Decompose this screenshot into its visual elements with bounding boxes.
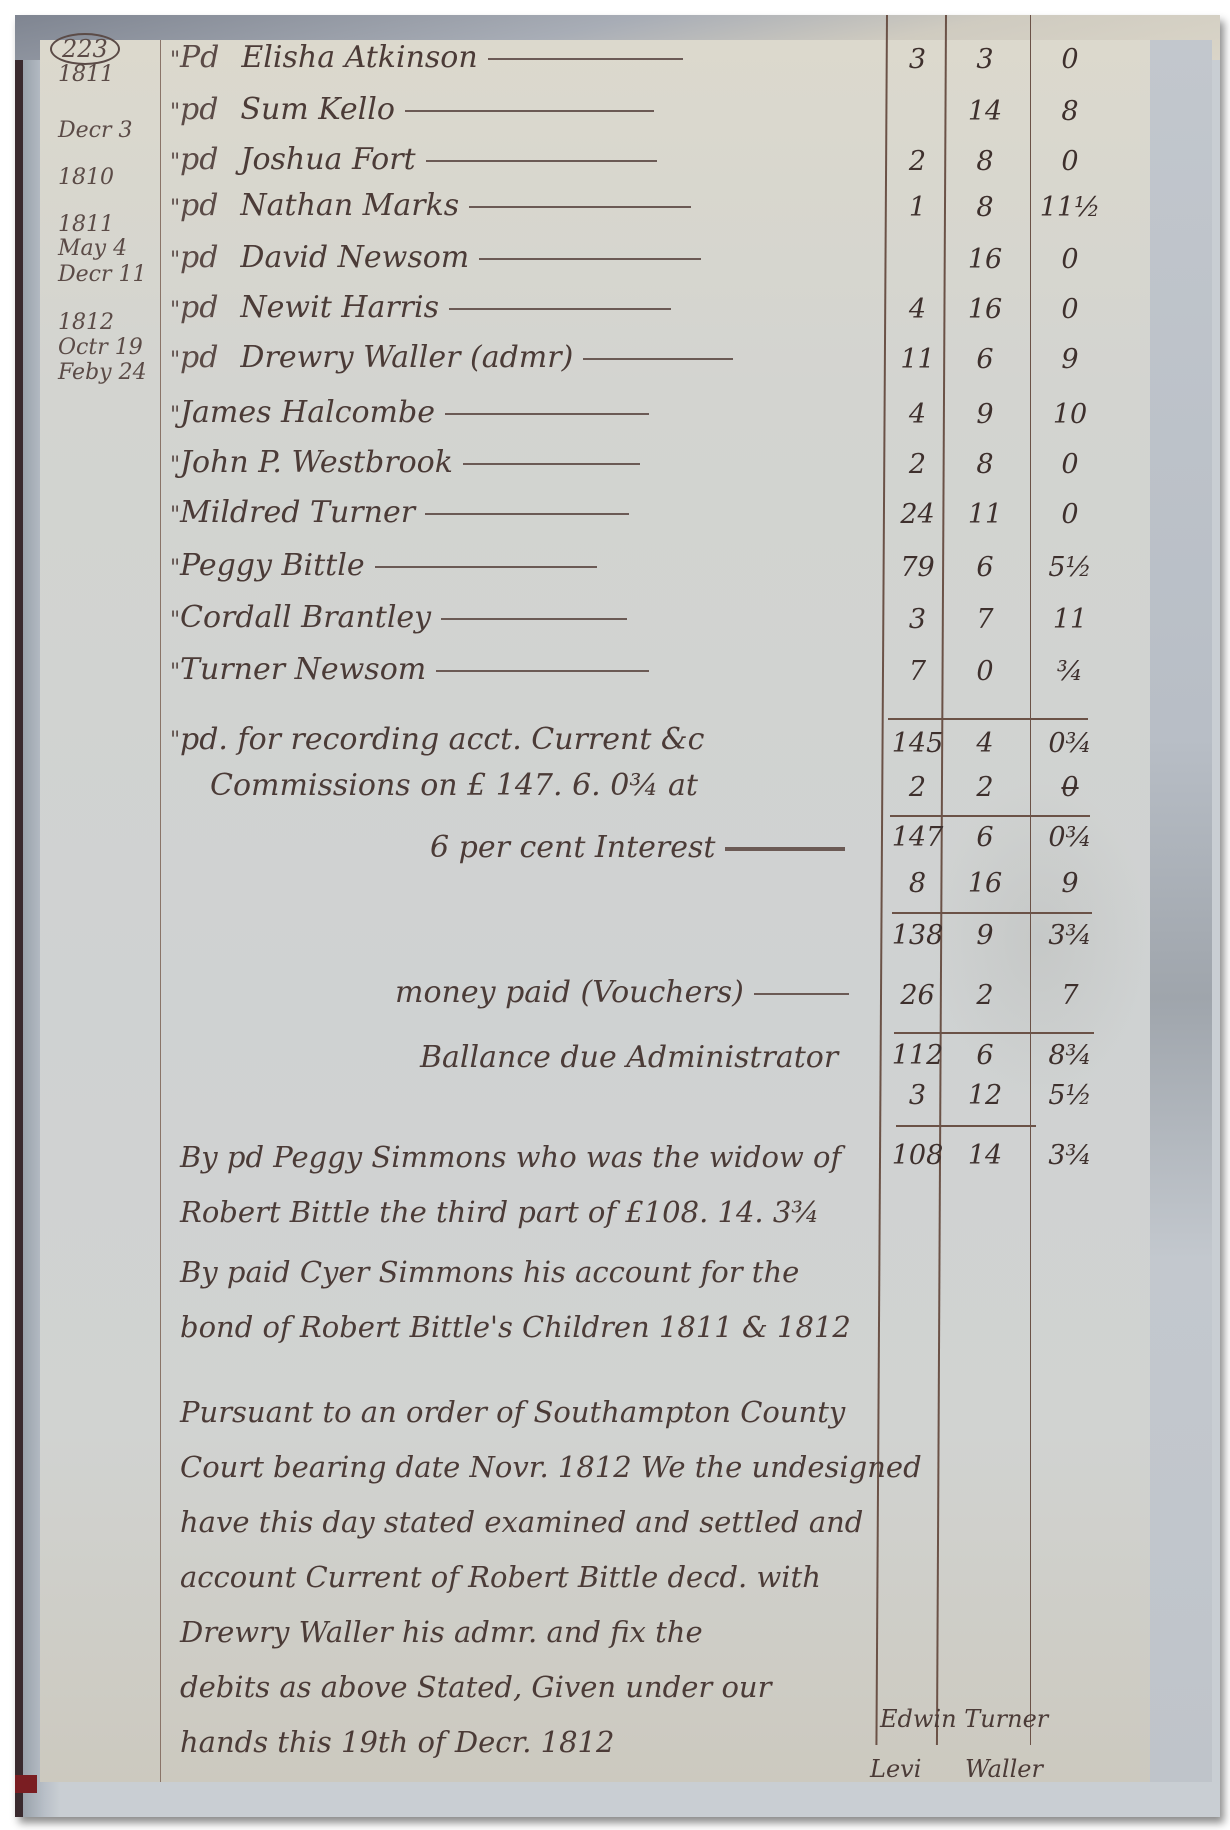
interest-text: 6 per cent Interest [430,830,715,865]
entry-pence: 11 [1030,604,1110,635]
margin-date: 1812 [58,310,114,335]
subtotal-rule [888,718,1088,720]
ledger-entry: "pdNewit Harris [180,290,671,325]
entry-name: Nathan Marks [240,188,459,223]
entry-shillings: 8 [950,146,1020,177]
commission-pounds: 2 [890,772,945,803]
entry-name: James Halcombe [180,395,435,430]
signature-2-surname: Waller [965,1755,1043,1783]
entry-pounds: 2 [890,146,945,177]
cert-line-6: debits as above Stated, Given under our [180,1670,771,1704]
entry-prefix: pd [180,92,218,127]
entry-shillings: 7 [950,604,1020,635]
leader-line [583,358,733,360]
entry-pence: ¾ [1030,656,1110,687]
entry-pence: 8 [1030,96,1110,127]
entry-shillings: 6 [950,344,1020,375]
entry-pounds: 4 [890,399,945,430]
entry-pounds: 4 [890,294,945,325]
ledger-entry: "pdJoshua Fort [180,142,657,177]
margin-date: May 4 [58,236,127,261]
signature-1: Edwin Turner [880,1705,1048,1733]
balance-line: Ballance due Administrator [420,1040,838,1075]
entry-name: Mildred Turner [180,495,415,530]
entry-name: Elisha Atkinson [241,40,477,75]
ledger-entry: "pdSum Kello [180,92,654,127]
entry-shillings: 8 [950,449,1020,480]
ledger-entry: "Mildred Turner [180,495,629,530]
net-rule [892,912,1092,914]
ledger-entry: "Cordall Brantley [180,600,627,635]
final-pounds: 108 [890,1140,945,1171]
signature-2-given: Levi [870,1755,921,1783]
entry-prefix: pd [180,290,218,325]
cert-line-1: Pursuant to an order of Southampton Coun… [180,1395,845,1429]
note-line-1: By pd Peggy Simmons who was the widow of [180,1140,841,1174]
entry-shillings: 0 [950,656,1020,687]
entry-shillings: 6 [950,552,1020,583]
extra-pence: 5½ [1030,1080,1110,1111]
entry-name: Cordall Brantley [180,600,431,635]
ditto-mark: " [170,556,180,581]
entry-prefix: pd [180,340,218,375]
recording-line: " pd. for recording acct. Current &c [180,722,704,757]
final-pence: 3¾ [1030,1140,1110,1171]
entry-pence: 0 [1030,146,1110,177]
entry-pounds: 11 [890,344,945,375]
entry-prefix: pd [180,240,218,275]
margin-date: Feby 24 [58,360,147,385]
recording-text: pd. for recording acct. Current &c [180,722,704,757]
cert-line-5: Drewry Waller his admr. and fix the [180,1615,703,1649]
entry-pounds: 2 [890,449,945,480]
net-pence: 3¾ [1030,920,1110,951]
net-shillings: 9 [950,920,1020,951]
margin-date: 1811 [58,62,114,87]
final-rule [896,1125,1036,1127]
leader-line [445,413,649,415]
entry-name: John P. Westbrook [180,445,453,480]
subtotal-pence: 0¾ [1030,728,1110,759]
entry-shillings: 8 [950,192,1020,223]
entry-pounds: 1 [890,192,945,223]
final-shillings: 14 [950,1140,1020,1171]
entry-pence: 11½ [1030,192,1110,223]
cert-line-4: account Current of Robert Bittle decd. w… [180,1560,821,1594]
ditto-mark: " [170,48,180,73]
margin-date: Octr 19 [58,335,143,360]
ditto-mark: " [170,403,180,428]
entry-name: Peggy Bittle [180,548,365,583]
interest-line: 6 per cent Interest [430,830,845,865]
binder-spine-corner [15,1775,37,1793]
sleeve-right-edge [1150,40,1212,1782]
total-rule [890,815,1090,817]
entry-pence: 9 [1030,344,1110,375]
cert-line-2: Court bearing date Novr. 1812 We the und… [180,1450,922,1484]
page-number: 223 [50,33,120,65]
money-paid-pence: 7 [1030,980,1110,1011]
total-pence: 0¾ [1030,822,1110,853]
entry-shillings: 3 [950,44,1020,75]
leader-line [405,110,654,112]
ditto-mark: " [170,453,180,478]
entry-pence: 0 [1030,294,1110,325]
entry-pence: 0 [1030,244,1110,275]
entry-shillings: 14 [950,96,1020,127]
entry-pounds: 3 [890,604,945,635]
ledger-entry: "pdDrewry Waller (admr) [180,340,733,375]
net-pounds: 138 [890,920,945,951]
ledger-entry: "PdElisha Atkinson [180,40,683,75]
margin-rule [160,40,161,1782]
cert-line-7: hands this 19th of Decr. 1812 [180,1725,614,1759]
entry-pounds: 79 [890,552,945,583]
total-pounds: 147 [890,822,945,853]
ditto-mark: " [170,608,180,633]
margin-date: Decr 3 [58,118,133,143]
margin-date: 1811 [58,212,114,237]
entry-pounds: 24 [890,499,945,530]
ditto-mark: " [170,298,180,323]
commission-pence: 0 [1030,772,1110,803]
ditto-mark: " [170,196,180,221]
leader-line [375,566,597,568]
entry-shillings: 9 [950,399,1020,430]
entry-prefix: pd [180,188,218,223]
money-paid-shillings: 2 [950,980,1020,1011]
leader-line [425,513,629,515]
ledger-entry: "John P. Westbrook [180,445,640,480]
balance-pounds: 112 [890,1040,945,1071]
entry-name: Newit Harris [240,290,439,325]
note-line-4: bond of Robert Bittle's Children 1811 & … [180,1310,851,1344]
balance-pence: 8¾ [1030,1040,1110,1071]
leader-line [449,308,671,310]
interest-pence: 9 [1030,868,1110,899]
note-line-3: By paid Cyer Simmons his account for the [180,1255,799,1289]
leader-line [463,463,640,465]
money-paid-line: money paid (Vouchers) [395,975,849,1010]
ditto-mark: " [170,660,180,685]
entry-name: Turner Newsom [180,652,426,687]
extra-shillings: 12 [950,1080,1020,1111]
margin-date: 1810 [58,165,114,190]
extra-pounds: 3 [890,1080,945,1111]
entry-shillings: 16 [950,244,1020,275]
ledger-entry: "pdDavid Newsom [180,240,701,275]
money-paid-label: money paid (Vouchers) [395,975,744,1010]
ledger-entry: "Turner Newsom [180,652,649,687]
ditto-mark: " [170,150,180,175]
leader-line [469,206,691,208]
entry-pence: 0 [1030,499,1110,530]
entry-name: Joshua Fort [240,142,415,177]
entry-prefix: pd [180,142,218,177]
entry-pence: 10 [1030,399,1110,430]
ledger-entry: "pdNathan Marks [180,188,691,223]
money-paid-pounds: 26 [890,980,945,1011]
leader-line [488,58,683,60]
note-line-2: Robert Bittle the third part of £108. 14… [180,1195,819,1229]
interest-pounds: 8 [890,868,945,899]
entry-pounds: 7 [890,656,945,687]
margin-date: Decr 11 [58,262,146,287]
entry-pence: 0 [1030,44,1110,75]
entry-shillings: 11 [950,499,1020,530]
leader-line [436,670,649,672]
ledger-entry: "Peggy Bittle [180,548,597,583]
total-shillings: 6 [950,822,1020,853]
leader-line [441,618,627,620]
commission-shillings: 2 [950,772,1020,803]
entry-name: Sum Kello [240,92,394,127]
subtotal-shillings: 4 [950,728,1020,759]
leader-line [426,160,657,162]
ditto-mark: " [170,248,180,273]
entry-shillings: 16 [950,294,1020,325]
subtotal-pounds: 145 [890,728,945,759]
cert-line-3: have this day stated examined and settle… [180,1505,863,1539]
entry-pounds: 3 [890,44,945,75]
entry-prefix: Pd [180,40,219,75]
interest-shillings: 16 [950,868,1020,899]
entry-pence: 5½ [1030,552,1110,583]
ditto-mark: " [170,348,180,373]
entry-name: David Newsom [240,240,469,275]
ditto-mark: " [170,503,180,528]
ledger-entry: "James Halcombe [180,395,649,430]
entry-name: Drewry Waller (admr) [240,340,573,375]
commission-line: Commissions on £ 147. 6. 0¾ at [210,768,698,803]
entry-pence: 0 [1030,449,1110,480]
balance-shillings: 6 [950,1040,1020,1071]
leader-line [479,258,701,260]
balance-rule [894,1032,1094,1034]
ditto-mark: " [170,100,180,125]
